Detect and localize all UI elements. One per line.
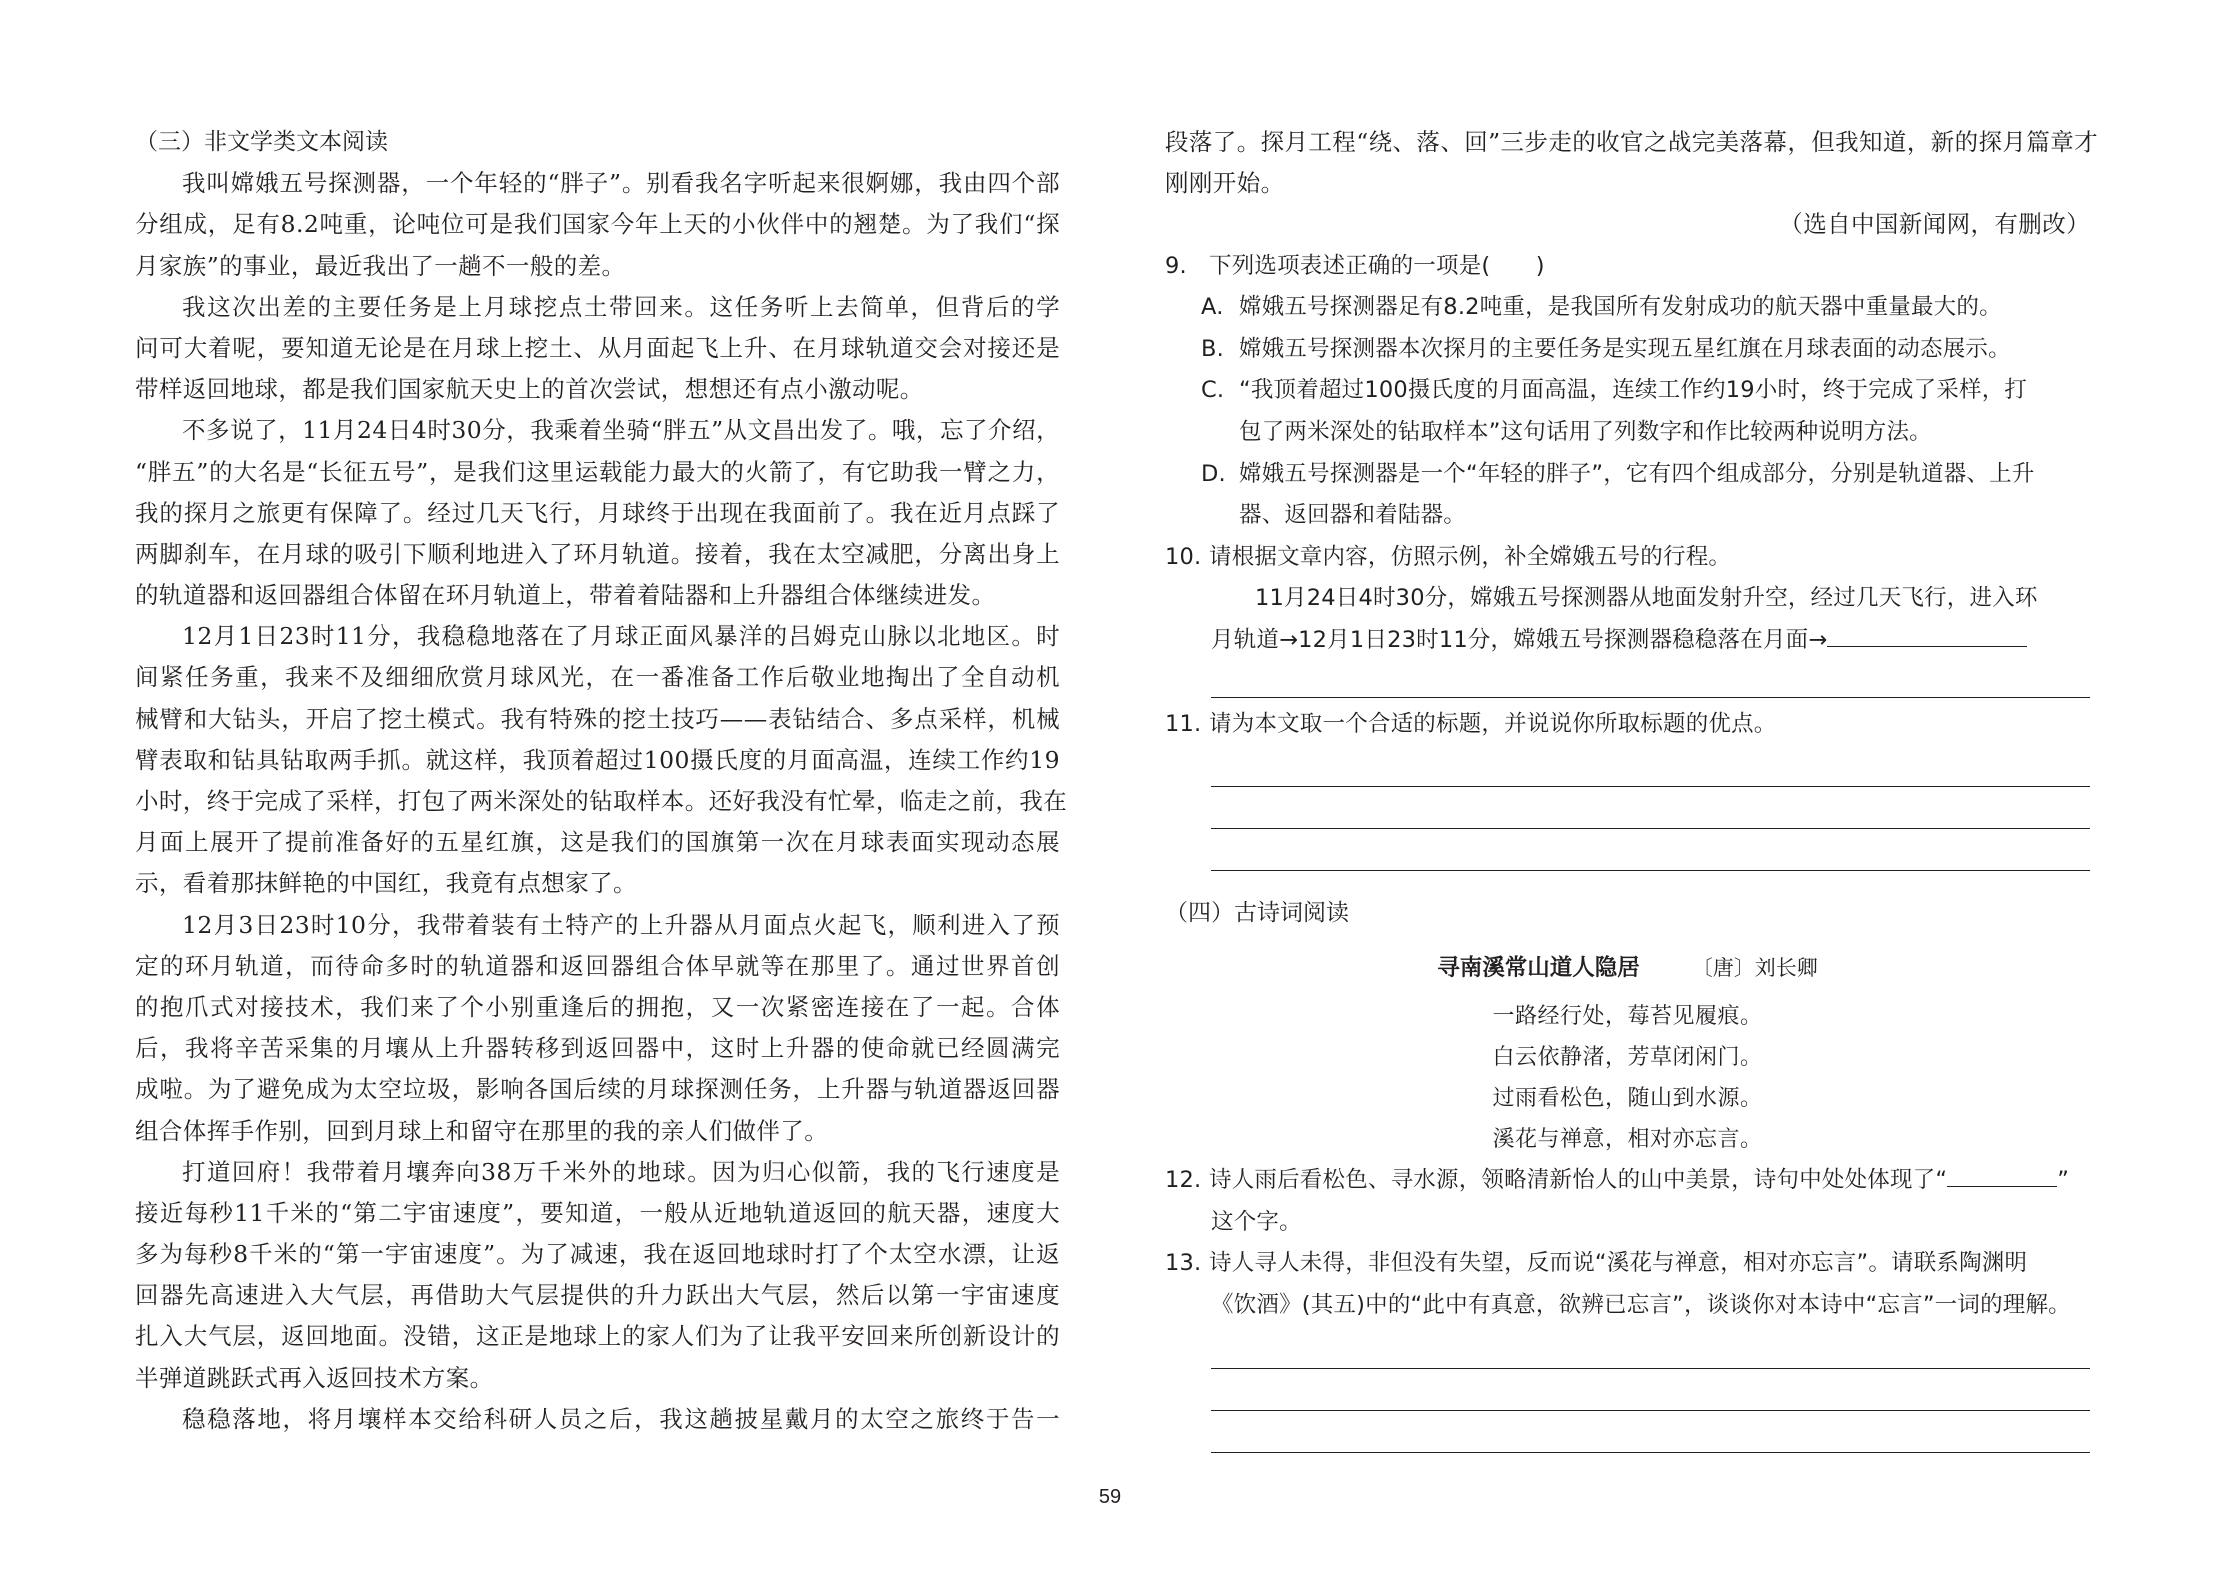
poem: 寻南溪常山道人隐居〔唐〕刘长卿 一路经行处，莓苔见履痕。 白云依静渚，芳草闭闲门… bbox=[1165, 934, 2090, 1160]
question-number: 13. bbox=[1165, 1243, 1209, 1285]
poem-line: 白云依静渚，芳草闭闲门。 bbox=[1165, 1037, 2090, 1078]
text-line: 回器先高速进入大气层，再借助大气层提供的升力跃出大气层，然后以第一宇宙速度 bbox=[135, 1275, 1060, 1316]
text-line: 械臂和大钻头，开启了挖土模式。我有特殊的挖土技巧——表钻结合、多点采样，机械 bbox=[135, 699, 1060, 740]
answer-line[interactable] bbox=[1211, 787, 2090, 829]
paragraph-1: 我叫嫦娥五号探测器，一个年轻的“胖子”。别看我名字听起来很婀娜，我由四个部 分组… bbox=[135, 163, 1060, 287]
question-stem: 诗人寻人未得，非但没有失望，反而说“溪花与禅意，相对亦忘言”。请联系陶渊明 bbox=[1209, 1250, 2027, 1276]
text-line: 扎入大气层，返回地面。没错，这正是地球上的家人们为了让我平安回来所创新设计的 bbox=[135, 1316, 1060, 1357]
text-line: 刚刚开始。 bbox=[1165, 163, 2090, 204]
option-text: 嫦娥五号探测器足有8.2吨重，是我国所有发射成功的航天器中重量最大的。 bbox=[1239, 294, 2002, 320]
text-line: 12月3日23时10分，我带着装有土特产的上升器从月面点火起飞，顺利进入了预 bbox=[135, 905, 1060, 946]
text-line: 组合体挥手作别，回到月球上和留守在那里的我的亲人们做伴了。 bbox=[135, 1111, 1060, 1152]
question-stem: 请为本文取一个合适的标题，并说说你所取标题的优点。 bbox=[1209, 711, 1777, 737]
text-line: 多为每秒8千米的“第一宇宙速度”。为了减速，我在返回地球时打了个太空水漂，让返 bbox=[135, 1234, 1060, 1275]
option-text-cont: 包了两米深处的钻取样本”这句话用了列数字和作比较两种说明方法。 bbox=[1165, 412, 2090, 454]
option-text: 嫦娥五号探测器本次探月的主要任务是实现五星红旗在月球表面的动态展示。 bbox=[1239, 336, 2011, 362]
left-column: （三）非文学类文本阅读 我叫嫦娥五号探测器，一个年轻的“胖子”。别看我名字听起来… bbox=[135, 122, 1060, 1440]
question-number: 11. bbox=[1165, 704, 1209, 746]
text-line: 月面上展开了提前准备好的五星红旗，这是我们的国旗第一次在月球表面实现动态展 bbox=[135, 822, 1060, 863]
example-line-2: 月轨道→12月1日23时11分，嫦娥五号探测器稳稳落在月面→ bbox=[1165, 620, 2090, 662]
text-line: 不多说了，11月24日4时30分，我乘着坐骑“胖五”从文昌出发了。哦，忘了介绍， bbox=[135, 410, 1060, 451]
quote-close: ” bbox=[2057, 1167, 2069, 1193]
option-label: D. bbox=[1201, 454, 1239, 496]
text-line: 小时，终于完成了采样，打包了两米深处的钻取样本。还好我没有忙晕，临走之前，我在 bbox=[135, 781, 1060, 822]
page-number: 59 bbox=[0, 1486, 2220, 1509]
question-stem: 诗人雨后看松色、寻水源，领略清新怡人的山中美景，诗句中处处体现了“ bbox=[1209, 1167, 1947, 1193]
option-label: A. bbox=[1201, 287, 1239, 329]
text-line: 段落了。探月工程“绕、落、回”三步走的收官之战完美落幕，但我知道，新的探月篇章才 bbox=[1165, 122, 2090, 163]
question-10: 10.请根据文章内容，仿照示例，补全嫦娥五号的行程。 11月24日4时30分，嫦… bbox=[1165, 537, 2090, 698]
question-number: 10. bbox=[1165, 537, 1209, 579]
poem-heading: 寻南溪常山道人隐居〔唐〕刘长卿 bbox=[1165, 934, 2090, 996]
text-line: 我叫嫦娥五号探测器，一个年轻的“胖子”。别看我名字听起来很婀娜，我由四个部 bbox=[135, 163, 1060, 204]
text-line: 两脚刹车，在月球的吸引下顺利地进入了环月轨道。接着，我在太空减肥，分离出身上 bbox=[135, 534, 1060, 575]
question-stem-cont: 《饮酒》(其五)中的“此中有真意，欲辨已忘言”，谈谈你对本诗中“忘言”一词的理解… bbox=[1165, 1285, 2090, 1327]
answer-blank-inline[interactable] bbox=[1827, 622, 2027, 647]
poem-title: 寻南溪常山道人隐居 bbox=[1437, 955, 1640, 981]
paragraph-4: 12月1日23时11分，我稳稳地落在了月球正面风暴洋的吕姆克山脉以北地区。时 间… bbox=[135, 616, 1060, 904]
answer-blank-inline[interactable] bbox=[1947, 1162, 2057, 1187]
poem-line: 过雨看松色，随山到水源。 bbox=[1165, 1078, 2090, 1119]
question-13: 13.诗人寻人未得，非但没有失望，反而说“溪花与禅意，相对亦忘言”。请联系陶渊明… bbox=[1165, 1243, 2090, 1452]
question-number: 12. bbox=[1165, 1160, 1209, 1202]
question-9: 9.下列选项表述正确的一项是( ) A.嫦娥五号探测器足有8.2吨重，是我国所有… bbox=[1165, 246, 2090, 537]
answer-line[interactable] bbox=[1211, 662, 2090, 698]
text-line: 的轨道器和返回器组合体留在环月轨道上，带着着陆器和上升器组合体继续进发。 bbox=[135, 575, 1060, 616]
text-line: 后，我将辛苦采集的月壤从上升器转移到返回器中，这时上升器的使命就已经圆满完 bbox=[135, 1028, 1060, 1069]
question-12: 12.诗人雨后看松色、寻水源，领略清新怡人的山中美景，诗句中处处体现了“” 这个… bbox=[1165, 1160, 2090, 1243]
text-line: 间紧任务重，我来不及细细欣赏月球风光，在一番准备工作后敬业地掏出了全自动机 bbox=[135, 657, 1060, 698]
text-line: 带样返回地球，都是我们国家航天史上的首次尝试，想想还有点小激动呢。 bbox=[135, 369, 1060, 410]
text-line: 半弹道跳跃式再入返回技术方案。 bbox=[135, 1358, 1060, 1399]
text-line: 月家族”的事业，最近我出了一趟不一般的差。 bbox=[135, 246, 1060, 287]
question-11: 11.请为本文取一个合适的标题，并说说你所取标题的优点。 bbox=[1165, 704, 2090, 872]
poem-author: 〔唐〕刘长卿 bbox=[1692, 956, 1818, 980]
paragraph-2: 我这次出差的主要任务是上月球挖点土带回来。这任务听上去简单，但背后的学 问可大着… bbox=[135, 287, 1060, 411]
text-line: 臂表取和钻具钻取两手抓。就这样，我顶着超过100摄氏度的月面高温，连续工作约19 bbox=[135, 740, 1060, 781]
paragraph-continuation: 段落了。探月工程“绕、落、回”三步走的收官之战完美落幕，但我知道，新的探月篇章才… bbox=[1165, 122, 2090, 204]
text-line: 我这次出差的主要任务是上月球挖点土带回来。这任务听上去简单，但背后的学 bbox=[135, 287, 1060, 328]
option-d[interactable]: D.嫦娥五号探测器是一个“年轻的胖子”，它有四个组成部分，分别是轨道器、上升 bbox=[1165, 454, 2090, 496]
answer-line[interactable] bbox=[1211, 829, 2090, 871]
answer-line[interactable] bbox=[1211, 1327, 2090, 1369]
option-text: 嫦娥五号探测器是一个“年轻的胖子”，它有四个组成部分，分别是轨道器、上升 bbox=[1239, 461, 2035, 487]
text-line: 接近每秒11千米的“第二宇宙速度”，要知道，一般从近地轨道返回的航天器，速度大 bbox=[135, 1193, 1060, 1234]
option-label: C. bbox=[1201, 370, 1239, 412]
answer-line[interactable] bbox=[1211, 1411, 2090, 1453]
question-stem-cont: 这个字。 bbox=[1165, 1202, 2090, 1244]
text-line: “胖五”的大名是“长征五号”，是我们这里运载能力最大的火箭了，有它助我一臂之力， bbox=[135, 452, 1060, 493]
poem-line: 一路经行处，莓苔见履痕。 bbox=[1165, 996, 2090, 1037]
example-line-1: 11月24日4时30分，嫦娥五号探测器从地面发射升空，经过几天飞行，进入环 bbox=[1165, 578, 2090, 620]
section-title-4: （四）古诗词阅读 bbox=[1165, 893, 2090, 934]
paragraph-7: 稳稳落地，将月壤样本交给科研人员之后，我这趟披星戴月的太空之旅终于告一 bbox=[135, 1399, 1060, 1440]
text-line: 问可大着呢，要知道无论是在月球上挖土、从月面起飞上升、在月球轨道交会对接还是 bbox=[135, 328, 1060, 369]
paragraph-3: 不多说了，11月24日4时30分，我乘着坐骑“胖五”从文昌出发了。哦，忘了介绍，… bbox=[135, 410, 1060, 616]
paragraph-5: 12月3日23时10分，我带着装有土特产的上升器从月面点火起飞，顺利进入了预 定… bbox=[135, 905, 1060, 1152]
question-stem[interactable]: 下列选项表述正确的一项是( ) bbox=[1209, 253, 1545, 279]
question-stem: 请根据文章内容，仿照示例，补全嫦娥五号的行程。 bbox=[1209, 544, 1731, 570]
poem-line: 溪花与禅意，相对亦忘言。 bbox=[1165, 1119, 2090, 1160]
text-line: 成啦。为了避免成为太空垃圾，影响各国后续的月球探测任务，上升器与轨道器返回器 bbox=[135, 1069, 1060, 1110]
section-title-3: （三）非文学类文本阅读 bbox=[135, 122, 1060, 163]
option-label: B. bbox=[1201, 329, 1239, 371]
source-citation: （选自中国新闻网，有删改） bbox=[1165, 204, 2090, 245]
right-column: 段落了。探月工程“绕、落、回”三步走的收官之战完美落幕，但我知道，新的探月篇章才… bbox=[1165, 122, 2090, 1453]
example-text: 月轨道→12月1日23时11分，嫦娥五号探测器稳稳落在月面→ bbox=[1211, 627, 1827, 653]
option-text: “我顶着超过100摄氏度的月面高温，连续工作约19小时，终于完成了采样，打 bbox=[1239, 377, 2027, 403]
text-line: 12月1日23时11分，我稳稳地落在了月球正面风暴洋的吕姆克山脉以北地区。时 bbox=[135, 616, 1060, 657]
option-a[interactable]: A.嫦娥五号探测器足有8.2吨重，是我国所有发射成功的航天器中重量最大的。 bbox=[1165, 287, 2090, 329]
text-line: 定的环月轨道，而待命多时的轨道器和返回器组合体早就等在那里了。通过世界首创 bbox=[135, 946, 1060, 987]
answer-line[interactable] bbox=[1211, 1369, 2090, 1411]
paragraph-6: 打道回府！我带着月壤奔向38万千米外的地球。因为归心似箭，我的飞行速度是 接近每… bbox=[135, 1152, 1060, 1399]
option-text-cont: 器、返回器和着陆器。 bbox=[1165, 495, 2090, 537]
text-line: 我的探月之旅更有保障了。经过几天飞行，月球终于出现在我面前了。我在近月点踩了 bbox=[135, 493, 1060, 534]
text-line: 示，看着那抹鲜艳的中国红，我竟有点想家了。 bbox=[135, 863, 1060, 904]
text-line: 打道回府！我带着月壤奔向38万千米外的地球。因为归心似箭，我的飞行速度是 bbox=[135, 1152, 1060, 1193]
option-b[interactable]: B.嫦娥五号探测器本次探月的主要任务是实现五星红旗在月球表面的动态展示。 bbox=[1165, 329, 2090, 371]
question-number: 9. bbox=[1165, 246, 1209, 288]
text-line: 的抱爪式对接技术，我们来了个小别重逢后的拥抱，又一次紧密连接在了一起。合体 bbox=[135, 987, 1060, 1028]
option-c[interactable]: C.“我顶着超过100摄氏度的月面高温，连续工作约19小时，终于完成了采样，打 bbox=[1165, 370, 2090, 412]
text-line: 分组成，足有8.2吨重，论吨位可是我们国家今年上天的小伙伴中的翘楚。为了我们“探 bbox=[135, 204, 1060, 245]
text-line: 稳稳落地，将月壤样本交给科研人员之后，我这趟披星戴月的太空之旅终于告一 bbox=[135, 1399, 1060, 1440]
answer-line[interactable] bbox=[1211, 745, 2090, 787]
